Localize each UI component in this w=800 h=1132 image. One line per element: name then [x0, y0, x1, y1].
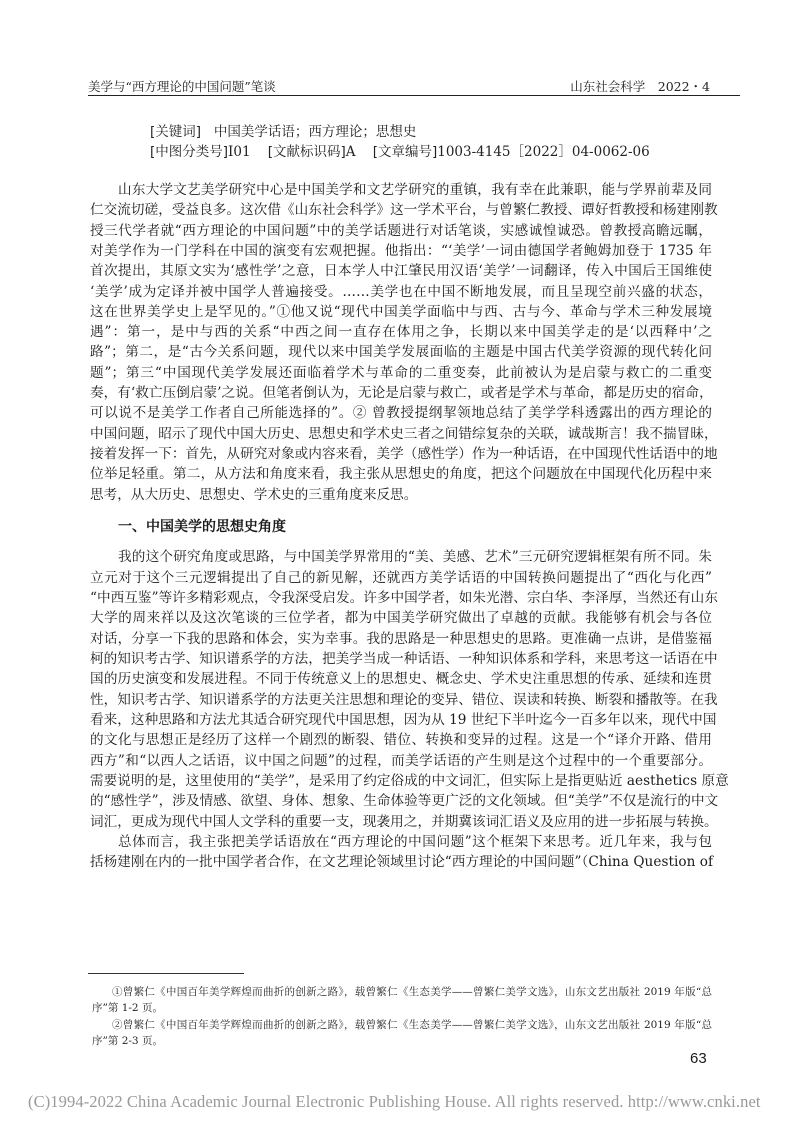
classification-row: [中图分类号]I01 [文献标识码]A [文章编号]1003-4145［2022… — [150, 140, 650, 160]
clc-value: I01 — [228, 144, 251, 160]
body-line: 的“感性学”，涉及情感、欲望、身体、想象、生命体验等更广泛的文化领域。但“美学”… — [90, 791, 712, 811]
body-line: 的文化与思想正是经历了这样一个剧烈的断裂、错位、转换和变异的过程。这是一个“译介… — [90, 730, 712, 750]
body-line: 可以说不是美学工作者自己所能选择的”。② 曾教授提纲挈领地总结了美学学科透露出的… — [90, 403, 712, 423]
copyright-notice: (C)1994-2022 China Academic Journal Elec… — [28, 1092, 761, 1112]
article-no-label: [文章编号] — [373, 144, 438, 160]
body-line: 立元对于这个三元逻辑提出了自己的新见解，还就西方美学话语的中国转换问题提出了“西… — [90, 568, 712, 588]
footnote-line: ②曾繁仁《中国百年美学辉煌而曲折的创新之路》，载曾繁仁《生态美学——曾繁仁美学文… — [112, 1017, 712, 1033]
body-line: 奏，有‘救亡压倒启蒙’之说。但笔者倒认为，无论是启蒙与救亡，或者是学术与革命，都… — [90, 383, 712, 403]
body-line: 词汇，更成为现代中国人文学科的重要一支，现袭用之，并期冀该词汇语义及应用的进一步… — [90, 812, 712, 832]
body-line: 位举足轻重。第二，从方法和角度来看，我主张从思想史的角度，把这个问题放在中国现代… — [90, 464, 712, 484]
body-line: 性，知识考古学、知识谱系学的方法更关注思想和理论的变异、错位、误读和转换、断裂和… — [90, 690, 712, 710]
body-line: 需要说明的是，这里使用的“美学”，是采用了约定俗成的中文词汇，但实际上是指更贴近… — [90, 771, 712, 791]
footnote-line: ①曾繁仁《中国百年美学辉煌而曲折的创新之路》，载曾繁仁《生态美学——曾繁仁美学文… — [112, 984, 712, 1000]
body-line: 山东大学文艺美学研究中心是中国美学和文艺学研究的重镇，我有幸在此兼职，能与学界前… — [118, 180, 712, 200]
header-rule — [88, 95, 740, 96]
body-line: 这在世界美学史上是罕见的。”①他又说“现代中国美学面临中与西、古与今、革命与学术… — [90, 302, 712, 322]
keywords: 中国美学话语；西方理论；思想史 — [214, 124, 417, 140]
body-line: 柯的知识考古学、知识谱系学的方法，把美学当成一种话语、一种知识体系和学科，来思考… — [90, 649, 712, 669]
body-line: 接着发挥一下：首先，从研究对象或内容来看，美学（感性学）作为一种话语，在中国现代… — [90, 444, 712, 464]
body-line: ‘美学’成为定译并被中国学人普遍接受。……美学也在中国不断地发展，而且呈现空前兴… — [90, 282, 712, 302]
body-line: 授三代学者就“西方理论的中国问题”中的美学话题进行对话笔谈，实感诚惶诚恐。曾教授… — [90, 221, 712, 241]
keywords-row: [关键词] 中国美学话语；西方理论；思想史 — [150, 120, 416, 140]
running-header-journal: 山东社会科学 2022・4 — [570, 77, 710, 95]
keywords-label: [关键词] — [150, 124, 201, 140]
footnote-rule — [88, 973, 244, 974]
doc-code-label: [文献标识码] — [268, 144, 346, 160]
body-line: 题”；第三“中国现代美学发展还面临着学术与革命的二重变奏，此前被认为是启蒙与救亡… — [90, 363, 712, 383]
footnote-line: 序”第 1-2 页。 — [92, 1000, 712, 1016]
body-line: 对美学作为一门学科在中国的演变有宏观把握。他指出：“‘美学’一词由德国学者鲍姆加… — [90, 241, 712, 261]
section-heading: 一、中国美学的思想史角度 — [118, 516, 286, 536]
running-header-title: 美学与“西方理论的中国问题”笔谈 — [88, 77, 276, 95]
body-line: 看来，这种思路和方法尤其适合研究现代中国思想，因为从 19 世纪下半叶迄今一百多… — [90, 710, 712, 730]
doc-code-value: A — [346, 144, 356, 160]
body-line: 大学的周来祥以及这次笔谈的三位学者，都为中国美学研究做出了卓越的贡献。我能够有机… — [90, 608, 712, 628]
body-line: 括杨建刚在内的一批中国学者合作，在文艺理论领域里讨论“西方理论的中国问题”（Ch… — [90, 852, 712, 872]
body-line: 西方”和“以西人之话语，议中国之问题”的过程，而美学话语的产生则是这个过程中的一… — [90, 751, 712, 771]
body-line: “中西互鉴”等许多精彩观点，令我深受启发。许多中国学者，如朱光潜、宗白华、李泽厚… — [90, 588, 712, 608]
body-line: 遇”：第一，是中与西的关系“中西之间一直存在体用之争，长期以来中国美学走的是‘以… — [90, 322, 712, 342]
clc-label: [中图分类号] — [150, 144, 228, 160]
page-number: 63 — [690, 1050, 707, 1067]
body-line: 国的历史演变和发展进程。不同于传统意义上的思想史、概念史、学术史注重思想的传承、… — [90, 669, 712, 689]
body-line: 中国问题，昭示了现代中国大历史、思想史和学术史三者之间错综复杂的关联，诚哉斯言！… — [90, 424, 712, 444]
body-line: 思考，从大历史、思想史、学术史的三重角度来反思。 — [90, 485, 712, 505]
body-line: 我的这个研究角度或思路，与中国美学界常用的“美、美感、艺术”三元研究逻辑框架有所… — [118, 547, 712, 567]
body-line: 路”；第二，是“古今关系问题，现代以来中国美学发展面临的主题是中国古代美学资源的… — [90, 342, 712, 362]
article-no-value: 1003-4145［2022］04-0062-06 — [437, 144, 649, 160]
body-line: 仁交流切磋，受益良多。这次借《山东社会科学》这一学术平台，与曾繁仁教授、谭好哲教… — [90, 200, 712, 220]
body-line: 对话，分享一下我的思路和体会，实为幸事。我的思路是一种思想史的思路。更准确一点讲… — [90, 629, 712, 649]
body-line: 首次提出，其原文实为‘感性学’之意，日本学人中江肇民用汉语‘美学’一词翻译，传入… — [90, 261, 712, 281]
footnote-line: 序”第 2-3 页。 — [92, 1033, 712, 1049]
body-line: 总体而言，我主张把美学话语放在“西方理论的中国问题”这个框架下来思考。近几年来，… — [118, 832, 712, 852]
